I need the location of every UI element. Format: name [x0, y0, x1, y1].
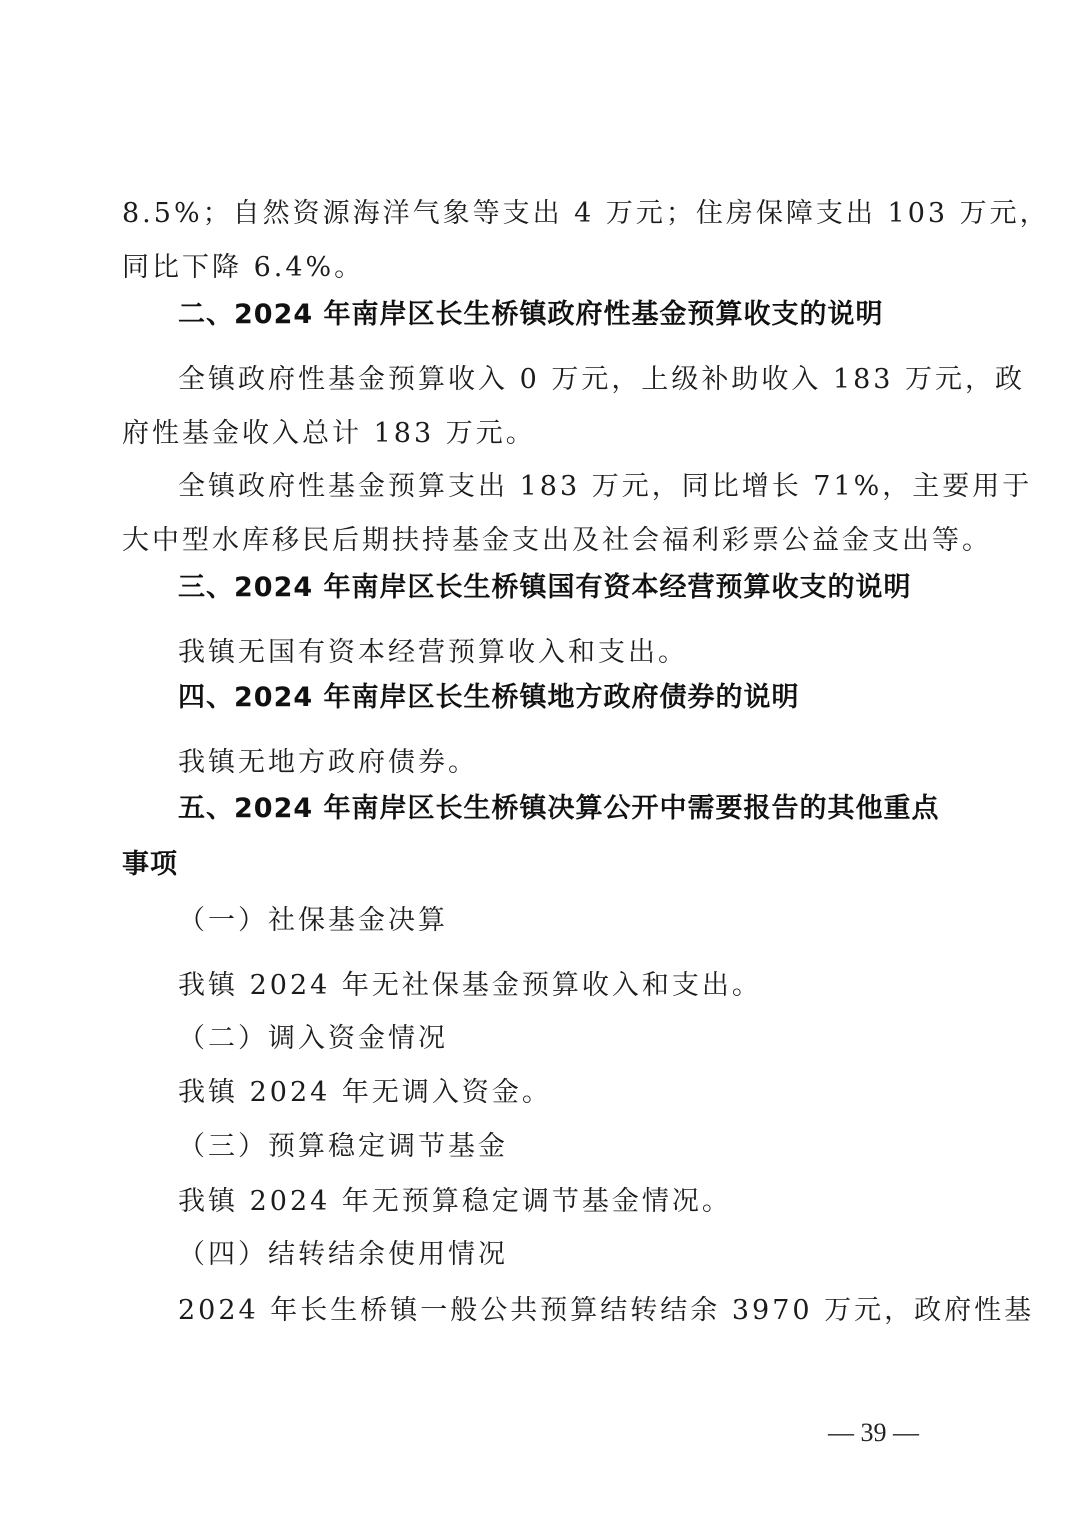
body-line-expenditure-continuation: 8.5%；自然资源海洋气象等支出 4 万元；住房保障支出 103 万元，: [122, 197, 1050, 231]
body-line-no-local-bonds: 我镇无地方政府债券。: [178, 746, 478, 780]
subheading-budget-stabilization-fund: （三）预算稳定调节基金: [178, 1130, 508, 1164]
body-line-housing-decline: 同比下降 6.4%。: [122, 251, 364, 285]
body-line-no-social-security-fund: 我镇 2024 年无社保基金预算收入和支出。: [178, 969, 762, 1003]
section-heading-other-matters: 五、2024 年南岸区长生桥镇决算公开中需要报告的其他重点: [178, 792, 940, 826]
subheading-transferred-funds: （二）调入资金情况: [178, 1022, 448, 1056]
body-line-no-transferred-funds: 我镇 2024 年无调入资金。: [178, 1076, 552, 1110]
body-line-fund-revenue: 全镇政府性基金预算收入 0 万元，上级补助收入 183 万元，政: [178, 363, 1025, 397]
body-line-fund-expenditure: 全镇政府性基金预算支出 183 万元，同比增长 71%，主要用于: [178, 470, 1032, 504]
subheading-carryover-balance: （四）结转结余使用情况: [178, 1238, 508, 1272]
section-heading-state-capital: 三、2024 年南岸区长生桥镇国有资本经营预算收支的说明: [178, 571, 912, 605]
section-heading-other-matters-continued: 事项: [122, 848, 178, 882]
section-heading-government-fund: 二、2024 年南岸区长生桥镇政府性基金预算收支的说明: [178, 298, 884, 332]
body-line-fund-revenue-total: 府性基金收入总计 183 万元。: [122, 417, 536, 451]
body-line-no-budget-stabilization-fund: 我镇 2024 年无预算稳定调节基金情况。: [178, 1185, 732, 1219]
body-line-no-state-capital: 我镇无国有资本经营预算收入和支出。: [178, 636, 688, 670]
body-line-fund-expenditure-usage: 大中型水库移民后期扶持基金支出及社会福利彩票公益金支出等。: [122, 524, 992, 558]
section-heading-local-bonds: 四、2024 年南岸区长生桥镇地方政府债券的说明: [178, 681, 800, 715]
subheading-social-security-fund: （一）社保基金决算: [178, 904, 448, 938]
body-line-carryover-balance: 2024 年长生桥镇一般公共预算结转结余 3970 万元，政府性基: [178, 1294, 1034, 1328]
page-number: — 39 —: [828, 1418, 919, 1448]
